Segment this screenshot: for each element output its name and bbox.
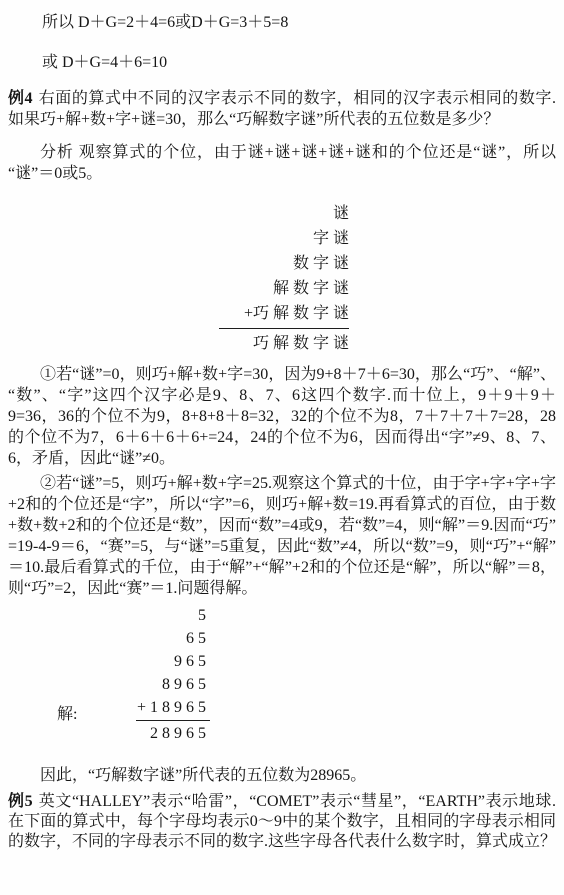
example4-analysis: 分析 观察算式的个位，由于谜+谜+谜+谜+谜和的个位还是“谜”，所以“谜”＝0或…: [8, 142, 556, 184]
num-sum-line: [136, 720, 210, 721]
cn-addend-row-3: 数 字 谜: [8, 251, 349, 276]
example4-label: 例4: [8, 90, 33, 107]
cn-addend-row-4: 解 数 字 谜: [8, 276, 349, 301]
example5-text: 英文“HALLEY”表示“哈雷”，“COMET”表示“彗星”，“EARTH”表示…: [8, 793, 556, 850]
example4-text: 右面的算式中不同的汉字表示不同的数字，相同的汉字表示相同的数字. 如果巧+解+数…: [8, 90, 556, 128]
num-addend-row-4: 8965: [8, 673, 210, 696]
cn-sum-line: [219, 328, 349, 329]
num-addend-row-3: 965: [8, 650, 210, 673]
case2-paragraph: ②若“谜”=5，则巧+解+数+字=25.观察这个算式的十位，由于字+字+字+字+…: [8, 473, 556, 599]
cn-addend-row-5: +巧 解 数 字 谜: [8, 301, 349, 326]
solution-label: 解:: [57, 704, 77, 725]
num-addend-row-2: 65: [8, 627, 210, 650]
example5-statement: 例5英文“HALLEY”表示“哈雷”，“COMET”表示“彗星”，“EARTH”…: [8, 792, 556, 852]
num-sum-row: 28965: [8, 722, 210, 745]
cn-addend-row-2: 字 谜: [8, 226, 349, 251]
example5-label: 例5: [8, 793, 33, 810]
case1-paragraph: ①若“谜”=0，则巧+解+数+字=30，因为9+8＋7＋6=30，那么“巧”、“…: [8, 364, 556, 469]
num-addend-row-5: +18965: [8, 696, 210, 719]
num-addend-row-1: 5: [8, 604, 210, 627]
numeric-column-addition: 解: 5 65 965 8965 +18965 28965: [8, 604, 210, 745]
cn-addend-row-1: 谜: [8, 201, 349, 226]
deduction-line-2: 或 D＋G=4＋6=10: [42, 52, 556, 73]
worksheet-page: 所以 D＋G=2＋4=6或D＋G=3＋5=8 或 D＋G=4＋6=10 例4右面…: [0, 0, 564, 895]
cn-sum-row: 巧 解 数 字 谜: [8, 331, 349, 356]
chinese-column-addition: 谜 字 谜 数 字 谜 解 数 字 谜 +巧 解 数 字 谜 巧 解 数 字 谜: [8, 201, 349, 356]
numeric-column: 5 65 965 8965 +18965 28965: [8, 604, 210, 745]
deduction-line-1: 所以 D＋G=2＋4=6或D＋G=3＋5=8: [42, 12, 556, 33]
example4-conclusion: 因此，“巧解数字谜”所代表的五位数为28965。: [8, 765, 556, 786]
example4-statement: 例4右面的算式中不同的汉字表示不同的数字，相同的汉字表示相同的数字. 如果巧+解…: [8, 88, 556, 130]
